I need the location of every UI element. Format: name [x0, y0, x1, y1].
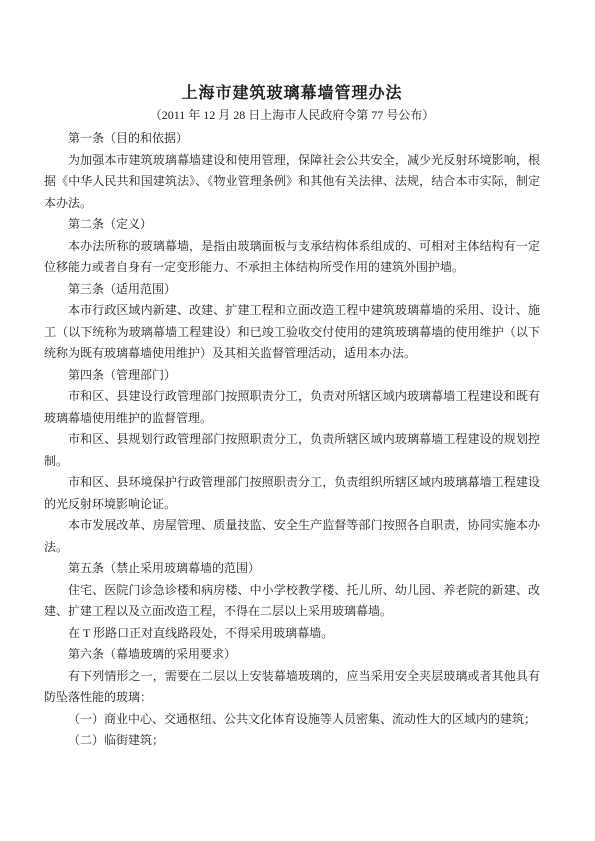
article-heading: 第二条（定义）: [44, 214, 540, 236]
list-item: （二）临街建筑；: [44, 730, 540, 752]
paragraph: 市和区、县规划行政管理部门按照职责分工，负责所辖区域内玻璃幕墙工程建设的规划控制…: [44, 429, 540, 472]
paragraph: 本市行政区域内新建、改建、扩建工程和立面改造工程中建筑玻璃幕墙的采用、设计、施工…: [44, 300, 540, 365]
document-page: 上海市建筑玻璃幕墙管理办法 （2011 年 12 月 28 日上海市人民政府令第…: [0, 0, 595, 841]
paragraph: 市和区、县建设行政管理部门按照职责分工，负责对所辖区域内玻璃幕墙工程建设和既有玻…: [44, 386, 540, 429]
article-heading: 第三条（适用范围）: [44, 279, 540, 301]
document-title: 上海市建筑玻璃幕墙管理办法: [44, 82, 540, 105]
document-subtitle: （2011 年 12 月 28 日上海市人民政府令第 77 号公布）: [44, 105, 540, 126]
paragraph: 市和区、县环境保护行政管理部门按照职责分工，负责组织所辖区域内玻璃幕墙工程建设的…: [44, 472, 540, 515]
article-heading: 第五条（禁止采用玻璃幕墙的范围）: [44, 558, 540, 580]
paragraph: 在 T 形路口正对直线路段处，不得采用玻璃幕墙。: [44, 623, 540, 645]
article-heading: 第四条（管理部门）: [44, 365, 540, 387]
paragraph: 为加强本市建筑玻璃幕墙建设和使用管理，保障社会公共安全，减少光反射环境影响，根据…: [44, 150, 540, 215]
document-body: 第一条（目的和依据） 为加强本市建筑玻璃幕墙建设和使用管理，保障社会公共安全，减…: [44, 128, 540, 752]
paragraph: 有下列情形之一，需要在二层以上安装幕墙玻璃的，应当采用安全夹层玻璃或者其他具有防…: [44, 666, 540, 709]
article-heading: 第一条（目的和依据）: [44, 128, 540, 150]
paragraph: 本市发展改革、房屋管理、质量技监、安全生产监督等部门按照各自职责，协同实施本办法…: [44, 515, 540, 558]
paragraph: 本办法所称的玻璃幕墙，是指由玻璃面板与支承结构体系组成的、可相对主体结构有一定位…: [44, 236, 540, 279]
paragraph: 住宅、医院门诊急诊楼和病房楼、中小学校教学楼、托儿所、幼儿园、养老院的新建、改建…: [44, 580, 540, 623]
article-heading: 第六条（幕墙玻璃的采用要求）: [44, 644, 540, 666]
list-item: （一）商业中心、交通枢纽、公共文化体育设施等人员密集、流动性大的区域内的建筑；: [44, 709, 540, 731]
